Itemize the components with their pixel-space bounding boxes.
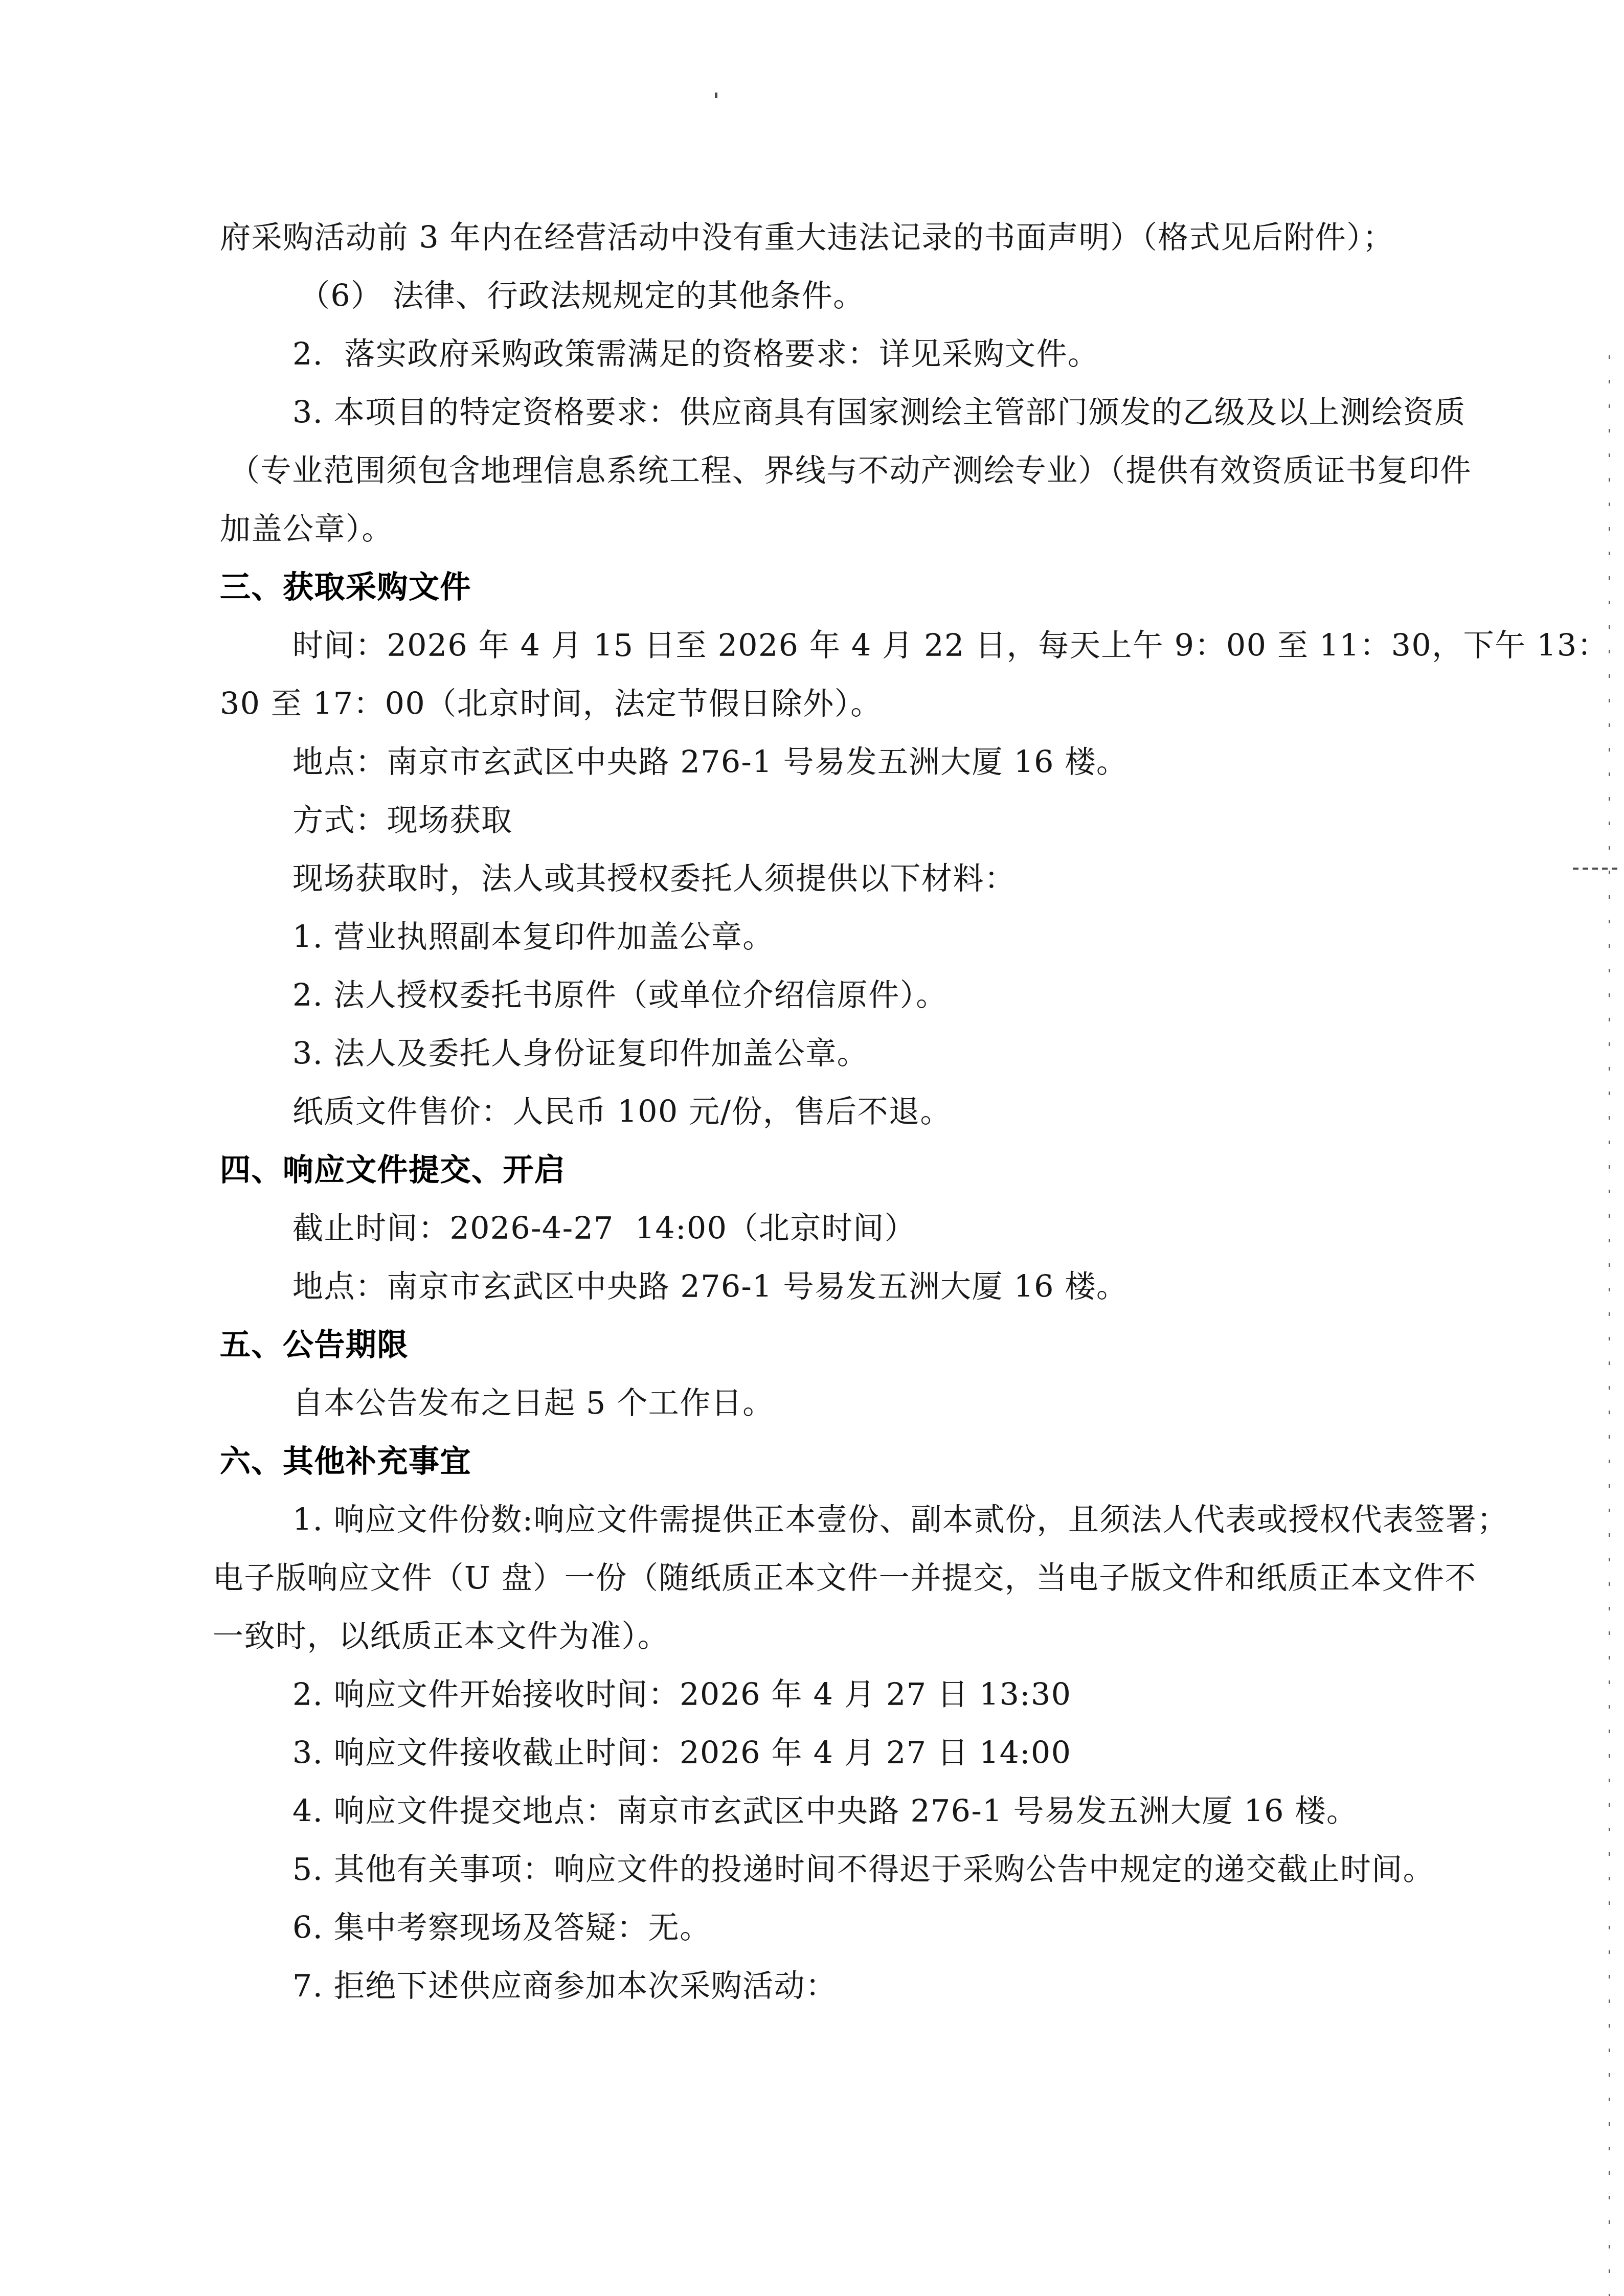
text-line: 地点：南京市玄武区中央路 276-1 号易发五洲大厦 16 楼。 bbox=[0, 733, 1624, 791]
document-text-block: 府采购活动前 3 年内在经营活动中没有重大违法记录的书面声明）（格式见后附件）；… bbox=[0, 209, 1624, 2015]
text-line: 6. 集中考察现场及答疑：无。 bbox=[0, 1899, 1624, 1957]
section-heading-announcement-period: 五、公告期限 bbox=[0, 1316, 1624, 1374]
scanned-document-page: 府采购活动前 3 年内在经营活动中没有重大违法记录的书面声明）（格式见后附件）；… bbox=[0, 0, 1624, 2296]
text-line: 7. 拒绝下述供应商参加本次采购活动： bbox=[0, 1957, 1624, 2015]
section-heading-other-matters: 六、其他补充事宜 bbox=[0, 1433, 1624, 1491]
text-line: 4. 响应文件提交地点：南京市玄武区中央路 276-1 号易发五洲大厦 16 楼… bbox=[0, 1782, 1624, 1840]
text-line: 1. 响应文件份数:响应文件需提供正本壹份、副本贰份，且须法人代表或授权代表签署… bbox=[0, 1491, 1624, 1549]
text-line: 3. 法人及委托人身份证复印件加盖公章。 bbox=[0, 1025, 1624, 1083]
scan-edge-dashed-line-artifact bbox=[1609, 355, 1610, 2296]
text-line: 2. 法人授权委托书原件（或单位介绍信原件）。 bbox=[0, 966, 1624, 1025]
text-line: 方式：现场获取 bbox=[0, 791, 1624, 850]
scan-speck-artifact bbox=[715, 93, 717, 98]
text-line: 5. 其他有关事项：响应文件的投递时间不得迟于采购公告中规定的递交截止时间。 bbox=[0, 1840, 1624, 1899]
text-line: 现场获取时，法人或其授权委托人须提供以下材料： bbox=[0, 850, 1624, 908]
text-line: 2. 落实政府采购政策需满足的资格要求：详见采购文件。 bbox=[0, 325, 1624, 383]
text-line: 加盖公章）。 bbox=[0, 500, 1624, 558]
text-line: （6） 法律、行政法规规定的其他条件。 bbox=[0, 267, 1624, 325]
text-line: （专业范围须包含地理信息系统工程、界线与不动产测绘专业）（提供有效资质证书复印件 bbox=[0, 442, 1624, 500]
section-heading-obtain-documents: 三、获取采购文件 bbox=[0, 558, 1624, 617]
text-line: 纸质文件售价：人民币 100 元/份，售后不退。 bbox=[0, 1083, 1624, 1141]
text-line: 30 至 17：00（北京时间，法定节假日除外）。 bbox=[0, 675, 1624, 733]
text-line: 时间：2026 年 4 月 15 日至 2026 年 4 月 22 日，每天上午… bbox=[0, 617, 1624, 675]
scan-edge-dash-cluster-artifact bbox=[1573, 868, 1620, 870]
text-line: 3. 本项目的特定资格要求：供应商具有国家测绘主管部门颁发的乙级及以上测绘资质 bbox=[0, 383, 1624, 442]
text-line: 府采购活动前 3 年内在经营活动中没有重大违法记录的书面声明）（格式见后附件）； bbox=[0, 209, 1624, 267]
text-line: 1. 营业执照副本复印件加盖公章。 bbox=[0, 908, 1624, 966]
text-line: 电子版响应文件（U 盘）一份（随纸质正本文件一并提交，当电子版文件和纸质正本文件… bbox=[0, 1549, 1624, 1607]
text-line: 地点：南京市玄武区中央路 276-1 号易发五洲大厦 16 楼。 bbox=[0, 1258, 1624, 1316]
text-line: 2. 响应文件开始接收时间：2026 年 4 月 27 日 13:30 bbox=[0, 1666, 1624, 1724]
text-line: 截止时间：2026-4-27 14:00（北京时间） bbox=[0, 1199, 1624, 1258]
text-line: 一致时，以纸质正本文件为准）。 bbox=[0, 1607, 1624, 1666]
text-line: 自本公告发布之日起 5 个工作日。 bbox=[0, 1374, 1624, 1433]
section-heading-response-submission: 四、响应文件提交、开启 bbox=[0, 1141, 1624, 1199]
text-line: 3. 响应文件接收截止时间：2026 年 4 月 27 日 14:00 bbox=[0, 1724, 1624, 1782]
